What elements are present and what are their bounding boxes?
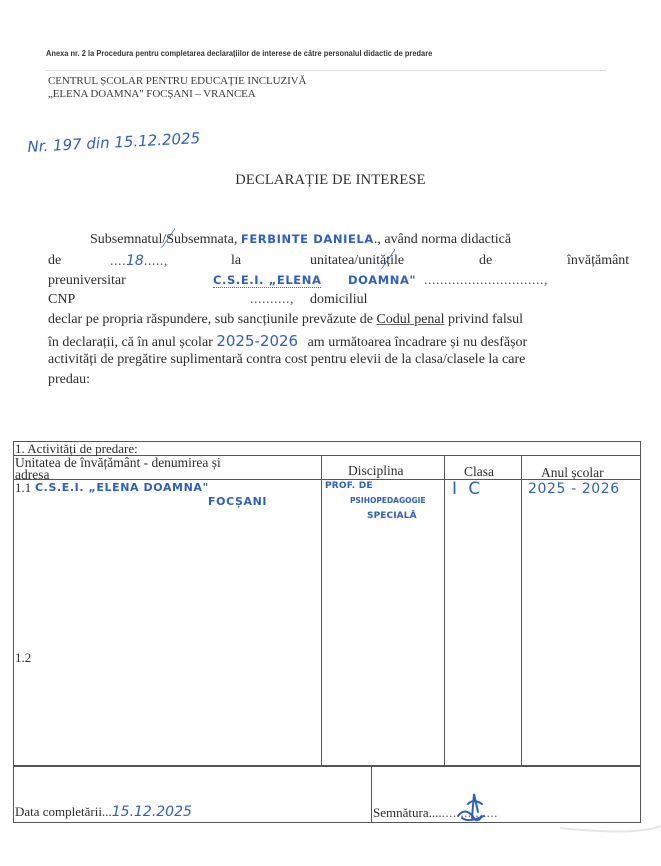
declaration-line-7: activități de pregătire suplimentară con… bbox=[48, 352, 525, 368]
edu-label: învățământ bbox=[567, 253, 629, 269]
cnp-dots: .........., bbox=[250, 292, 294, 308]
institution-line1: CENTRUL ȘCOLAR PENTRU EDUCAȚIE INCLUZIVĂ bbox=[48, 75, 306, 87]
registration-number: Nr. 197 din 15.12.2025 bbox=[27, 129, 201, 156]
row-school-year[interactable] bbox=[525, 650, 635, 664]
declaration-line-1: Subsemnatul/Subsemnata, FERBINTE DANIELA… bbox=[90, 232, 511, 248]
row-unit-line1[interactable] bbox=[35, 650, 315, 664]
header-discipline: Disciplina bbox=[348, 463, 404, 479]
norm-value: 18 bbox=[126, 253, 144, 269]
row-discipline-line1[interactable] bbox=[325, 650, 440, 664]
document-title: DECLARAȚIE DE INTERESE bbox=[0, 172, 661, 189]
de-label: de bbox=[48, 253, 61, 269]
unit-value-1[interactable]: C.S.E.I. „ELENA bbox=[213, 273, 321, 288]
institution-line2: „ELENA DOAMNA" FOCȘANI – VRANCEA bbox=[48, 88, 256, 100]
row-class[interactable]: I C bbox=[452, 479, 483, 499]
table-line bbox=[371, 765, 372, 822]
table-line bbox=[321, 455, 322, 765]
cnp-label: CNP bbox=[48, 292, 75, 308]
row-unit-line2[interactable]: FOCȘANI bbox=[208, 495, 267, 508]
norm-field[interactable]: ....18....., bbox=[110, 253, 168, 270]
row-number: 1.1 bbox=[15, 480, 31, 496]
header-class: Clasa bbox=[464, 464, 494, 480]
norm-label: ., având norma didactică bbox=[374, 232, 511, 247]
row-class[interactable] bbox=[448, 650, 518, 664]
unit-value-2[interactable]: DOAMNA" bbox=[348, 273, 416, 287]
signature-scribble-icon[interactable] bbox=[454, 790, 490, 826]
domicile-field[interactable] bbox=[378, 292, 578, 306]
declaration-line-6: în declarații, că în anul școlar 2025-20… bbox=[48, 332, 527, 351]
date-field: Data completării...15.12.2025 bbox=[15, 804, 192, 820]
row-school-year[interactable]: 2025 - 2026 bbox=[528, 481, 620, 497]
header-school-year: Anul școlar bbox=[541, 465, 604, 481]
unit-label: unitatea/unitățile bbox=[310, 253, 404, 269]
penal-text: declar pe propria răspundere, sub sancți… bbox=[48, 312, 373, 327]
signature-label: Semnătura.... bbox=[373, 805, 442, 820]
de2-label: de bbox=[479, 253, 492, 269]
cnp-field[interactable] bbox=[80, 292, 230, 306]
school-year-value[interactable]: 2025-2026 bbox=[216, 332, 298, 350]
date-label: Data completării... bbox=[15, 804, 112, 819]
row-unit-line1[interactable]: C.S.E.I. „ELENA DOAMNA" bbox=[35, 481, 209, 494]
declaration-line-5: declar pe propria răspundere, sub sancți… bbox=[48, 312, 523, 328]
row-discipline-line1[interactable]: PROF. DE bbox=[325, 481, 373, 491]
page-shadow-decoration bbox=[560, 820, 661, 850]
row-number: 1.2 bbox=[15, 650, 31, 666]
domicile-label: domiciliul bbox=[310, 292, 368, 308]
table-line bbox=[444, 455, 445, 765]
subsemnatul-label: Subsemnatul/Subsemnata, bbox=[90, 232, 237, 247]
preuniversitar-label: preuniversitar bbox=[48, 273, 126, 289]
declarant-name[interactable]: FERBINTE DANIELA bbox=[241, 232, 374, 246]
row-discipline-line2[interactable]: PSIHOPEDAGOGIE bbox=[350, 496, 426, 505]
table-line bbox=[521, 455, 522, 765]
la-label: la bbox=[231, 253, 241, 269]
falsul-text: privind falsul bbox=[448, 312, 523, 327]
declaration-line-8: predau: bbox=[48, 372, 90, 388]
annex-header: Anexa nr. 2 la Procedura pentru completa… bbox=[46, 48, 432, 58]
school-year-label: în declarații, că în anul școlar bbox=[48, 335, 213, 350]
unit-dots: .............................., bbox=[424, 273, 548, 289]
incadrare-text: am următoarea încadrare și nu desfășor bbox=[308, 335, 528, 350]
date-value[interactable]: 15.12.2025 bbox=[112, 804, 192, 820]
header-divider bbox=[46, 70, 606, 71]
row-discipline-line3[interactable]: SPECIALĂ bbox=[367, 511, 417, 521]
penal-code-link[interactable]: Codul penal bbox=[376, 312, 444, 327]
